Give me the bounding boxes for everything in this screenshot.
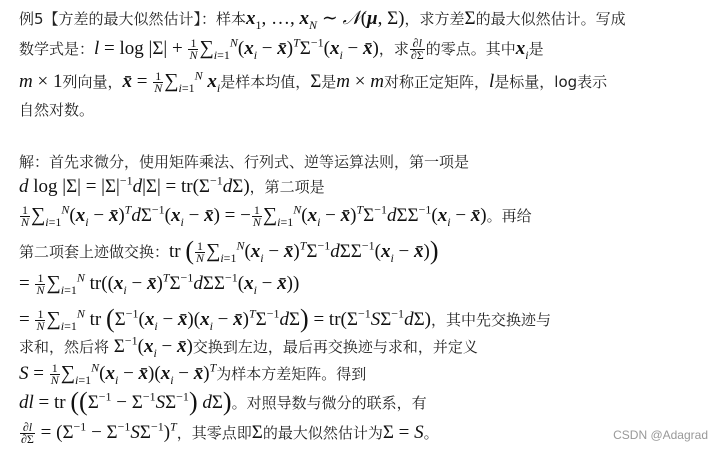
math-inline: xi [516, 38, 529, 59]
line-8: 第二项套上迹做交换：tr (1N∑i=1N(xi − x̄)TΣ−1dΣΣ−1(… [19, 238, 439, 264]
line-1: 例5【方差的最大似然估计】：样本x1, …, xN ∼ 𝒩(μ, Σ)，求方差Σ… [19, 6, 626, 32]
math-inline: ∂l∂Σ [409, 38, 426, 59]
math-inline: x̄ = 1N∑i=1N xi [122, 71, 220, 92]
text: 的最大似然估计。写成 [476, 10, 626, 28]
text: 交换到左边，最后再交换迹与求和，并定义 [193, 338, 478, 356]
text: 第二项套上迹做交换： [19, 243, 169, 261]
text: 是标量，log表示 [494, 73, 607, 91]
watermark: CSDN @Adagrad [613, 428, 708, 442]
line-13: dl = tr ((Σ−1 − Σ−1SΣ−1) dΣ)。对照导数与微分的联系，… [19, 390, 427, 416]
text: ，求方差 [404, 10, 464, 28]
text: ，第二项是 [250, 178, 325, 196]
line-6: d log |Σ| = |Σ|−1d|Σ| = tr(Σ−1dΣ)，第二项是 [19, 174, 325, 200]
math-inline: Σ [252, 422, 263, 443]
text: 求和，然后将 [19, 338, 109, 356]
line-11: 求和，然后将 Σ−1(xi − x̄)交换到左边，最后再交换迹与求和，并定义 [19, 334, 478, 360]
text: ，求 [379, 40, 409, 58]
text: 。 [424, 424, 439, 442]
math-inline: m × 1 [19, 71, 62, 92]
math-inline: Σ = S [383, 422, 424, 443]
math-inline: ∂l∂Σ = (Σ−1 − Σ−1SΣ−1)T [19, 422, 177, 443]
math-inline: x1, …, xN ∼ 𝒩(μ, Σ) [246, 8, 404, 29]
text: 对称正定矩阵， [384, 73, 489, 91]
math-inline: dl = tr ((Σ−1 − Σ−1SΣ−1) dΣ) [19, 392, 232, 413]
text: 自然对数。 [19, 101, 94, 119]
math-inline: d log |Σ| = |Σ|−1d|Σ| = tr(Σ−1dΣ) [19, 176, 250, 197]
line-4: 自然对数。 [19, 97, 94, 123]
math-inline: = 1N∑i=1N tr((xi − x̄)TΣ−1dΣΣ−1(xi − x̄)… [19, 273, 299, 294]
text: 为样本方差矩阵。得到 [216, 365, 366, 383]
math-inline: = 1N∑i=1N tr (Σ−1(xi − x̄)(xi − x̄)TΣ−1d… [19, 309, 431, 330]
text: 的最大似然估计为 [263, 424, 383, 442]
text: 解：首先求微分，使用矩阵乘法、行列式、逆等运算法则，第一项是 [19, 153, 469, 171]
math-inline: Σ [310, 71, 321, 92]
math-inline: S = 1N∑i=1N(xi − x̄)(xi − x̄)T [19, 363, 216, 384]
line-7: 1N∑i=1N(xi − x̄)TdΣ−1(xi − x̄) = −1N∑i=1… [19, 202, 532, 228]
text: 。再给 [487, 207, 532, 225]
math-inline: m × m [336, 71, 384, 92]
text: 是 [529, 40, 544, 58]
math-inline: tr (1N∑i=1N(xi − x̄)TΣ−1dΣΣ−1(xi − x̄)) [169, 241, 439, 262]
math-inline: Σ [465, 8, 476, 29]
line-2: 数学式是：l = log |Σ| + 1N∑i=1N(xi − x̄)TΣ−1(… [19, 35, 544, 61]
text: 。对照导数与微分的联系，有 [232, 394, 427, 412]
math-inline: l = log |Σ| + 1N∑i=1N(xi − x̄)TΣ−1(xi − … [94, 38, 379, 59]
text: 是样本均值， [220, 73, 310, 91]
text: ，其零点即 [177, 424, 252, 442]
text: 数学式是： [19, 40, 94, 58]
line-3: m × 1列向量，x̄ = 1N∑i=1N xi是样本均值，Σ是m × m对称正… [19, 68, 607, 94]
line-14: ∂l∂Σ = (Σ−1 − Σ−1SΣ−1)T，其零点即Σ的最大似然估计为Σ =… [19, 420, 439, 446]
line-9: = 1N∑i=1N tr((xi − x̄)TΣ−1dΣΣ−1(xi − x̄)… [19, 270, 299, 296]
line-12: S = 1N∑i=1N(xi − x̄)(xi − x̄)T为样本方差矩阵。得到 [19, 360, 366, 386]
text: ，其中先交换迹与 [431, 311, 551, 329]
math-inline: 1N∑i=1N(xi − x̄)TdΣ−1(xi − x̄) = −1N∑i=1… [19, 205, 487, 226]
text: 的零点。其中 [426, 40, 516, 58]
line-5: 解：首先求微分，使用矩阵乘法、行列式、逆等运算法则，第一项是 [19, 149, 469, 175]
line-10: = 1N∑i=1N tr (Σ−1(xi − x̄)(xi − x̄)TΣ−1d… [19, 306, 551, 332]
text: 是 [321, 73, 336, 91]
text: 例5【方差的最大似然估计】：样本 [19, 10, 246, 28]
math-inline: Σ−1(xi − x̄) [109, 336, 193, 357]
text: 列向量， [62, 73, 122, 91]
